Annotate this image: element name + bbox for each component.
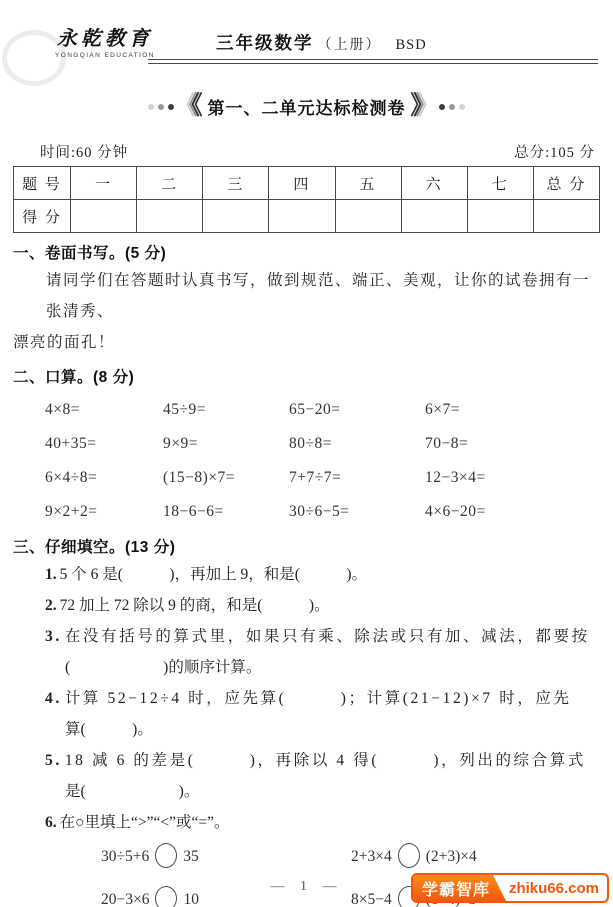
fill-item-6: 6.在○里填上“>”“<”或“=”。: [45, 807, 600, 838]
fill-item-4-cont: 算( )。: [65, 714, 600, 745]
exam-body: 一、卷面书写。(5 分) 请同学们在答题时认真书写，做到规范、端正、美观，让你的…: [13, 243, 600, 907]
time-limit-label: 时间:60 分钟: [40, 141, 128, 162]
course-header: 三年级数学（上册）BSD: [216, 30, 427, 55]
comparison-item: 30÷5+635: [101, 842, 351, 872]
oral-problem: 12−3×4=: [425, 461, 575, 495]
header-double-rule: [148, 59, 598, 64]
fill-item-text: 18 减 6 的差是( )，再除以 4 得( )，列出的综合算式: [65, 752, 586, 769]
fill-item-text: 72 加上 72 除以 9 的商，和是( )。: [60, 597, 330, 614]
publisher-logo-subtitle: YONGQIAN EDUCATION: [55, 52, 155, 59]
fill-item-text: 计算 52−12÷4 时，应先算( )；计算(21−12)×7 时，应先: [65, 690, 572, 707]
section-3-heading: 三、仔细填空。(13 分): [13, 537, 600, 559]
score-col: 四: [269, 167, 335, 200]
deco-dots-right: [439, 104, 465, 110]
score-cell-empty: [269, 200, 335, 233]
deco-dots-left: [148, 104, 174, 110]
fill-item-text: 算( )。: [65, 721, 153, 738]
watermark-badge-name: 学霸智库: [413, 875, 506, 901]
dot-icon: [158, 104, 164, 110]
oral-problem: 70−8=: [425, 427, 575, 461]
answer-circle: [398, 843, 420, 868]
fill-item-text: 在○里填上“>”“<”或“=”。: [60, 814, 230, 831]
score-cell-empty: [203, 200, 269, 233]
deco-bracket-left-icon: 《: [180, 94, 202, 119]
item-number: 5.: [45, 752, 62, 769]
score-cell-empty: [467, 200, 533, 233]
score-cell-empty: [401, 200, 467, 233]
publisher-logo: 永乾教育 YONGQIAN EDUCATION: [55, 22, 155, 59]
score-row: 得 分: [14, 200, 600, 233]
oral-problem: 6×7=: [425, 393, 575, 427]
exam-title-banner: 《 第一、二单元达标检测卷 》: [0, 94, 613, 119]
dot-icon: [439, 104, 445, 110]
score-col: 二: [137, 167, 203, 200]
score-col: 七: [467, 167, 533, 200]
item-number: 6.: [45, 814, 57, 831]
fill-item-text: ( )的顺序计算。: [65, 659, 261, 676]
question-number-row: 题 号 一 二 三 四 五 六 七 总 分: [14, 167, 600, 200]
oral-problem: 45÷9=: [163, 393, 289, 427]
edition-code: BSD: [396, 37, 427, 53]
section-2-heading: 二、口算。(8 分): [13, 367, 600, 389]
oral-problem: 4×8=: [45, 393, 163, 427]
dot-icon: [168, 104, 174, 110]
score-col: 总 分: [533, 167, 599, 200]
dot-icon: [148, 104, 154, 110]
section-1-heading: 一、卷面书写。(5 分): [13, 243, 600, 265]
oral-problem: 4×6−20=: [425, 495, 575, 529]
dot-icon: [449, 104, 455, 110]
course-volume: （上册）: [318, 38, 382, 53]
handwriting-note-line1: 请同学们在答题时认真书写，做到规范、端正、美观，让你的试卷拥有一张清秀、: [13, 265, 600, 327]
publisher-logo-text: 永乾教育: [55, 22, 155, 51]
fill-item-2: 2.72 加上 72 除以 9 的商，和是( )。: [45, 590, 600, 621]
comparison-left: 2+3×4: [351, 848, 392, 865]
oral-problem: 18−6−6=: [163, 495, 289, 529]
oral-problem: 9×2+2=: [45, 495, 163, 529]
oral-problem: 30÷6−5=: [289, 495, 425, 529]
item-number: 1.: [45, 566, 57, 583]
fill-item-5-cont: 是( )。: [65, 776, 600, 807]
score-cell-empty: [137, 200, 203, 233]
oral-problem: 40+35=: [45, 427, 163, 461]
exam-title: 第一、二单元达标检测卷: [208, 94, 406, 119]
comparison-right: 35: [183, 848, 199, 865]
fill-item-text: 5 个 6 是( )，再加上 9，和是( )。: [60, 566, 367, 583]
exam-paper-page: 永乾教育 YONGQIAN EDUCATION 三年级数学（上册）BSD 《 第…: [0, 0, 613, 907]
item-number: 3.: [45, 628, 62, 645]
watermark-badge-site: zhiku66.com: [506, 875, 607, 901]
handwriting-note-line2: 漂亮的面孔！: [13, 327, 600, 358]
dot-icon: [459, 104, 465, 110]
item-number: 4.: [45, 690, 62, 707]
answer-circle: [155, 843, 177, 868]
fill-item-text: 在没有括号的算式里，如果只有乘、除法或只有加、减法，都要按: [65, 628, 590, 645]
score-col: 五: [335, 167, 401, 200]
score-cell-empty: [533, 200, 599, 233]
score-col: 三: [203, 167, 269, 200]
total-score-label: 总分:105 分: [514, 141, 595, 162]
score-cell-empty: [335, 200, 401, 233]
oral-problem: (15−8)×7=: [163, 461, 289, 495]
fill-item-3-cont: ( )的顺序计算。: [65, 652, 600, 683]
score-table: 题 号 一 二 三 四 五 六 七 总 分 得 分: [13, 166, 600, 233]
row-label-score: 得 分: [14, 200, 71, 233]
fill-item-5: 5.18 减 6 的差是( )，再除以 4 得( )，列出的综合算式: [45, 745, 600, 776]
comparison-left: 30÷5+6: [101, 848, 149, 865]
item-number: 2.: [45, 597, 57, 614]
oral-problem: 80÷8=: [289, 427, 425, 461]
oral-problem: 6×4÷8=: [45, 461, 163, 495]
oral-problem: 65−20=: [289, 393, 425, 427]
deco-bracket-right-icon: 》: [411, 94, 433, 119]
row-label-question: 题 号: [14, 167, 71, 200]
watermark-badge: 学霸智库 zhiku66.com: [411, 873, 609, 903]
comparison-right: (2+3)×4: [426, 848, 477, 865]
fill-item-4: 4.计算 52−12÷4 时，应先算( )；计算(21−12)×7 时，应先: [45, 683, 600, 714]
score-col: 六: [401, 167, 467, 200]
oral-problem: 7+7÷7=: [289, 461, 425, 495]
fill-item-text: 是( )。: [65, 783, 199, 800]
oral-problem: 9×9=: [163, 427, 289, 461]
fill-item-1: 1.5 个 6 是( )，再加上 9，和是( )。: [45, 559, 600, 590]
score-col: 一: [71, 167, 137, 200]
score-cell-empty: [71, 200, 137, 233]
course-title: 三年级数学: [216, 33, 314, 53]
comparison-item: 2+3×4(2+3)×4: [351, 842, 600, 872]
fill-item-3: 3.在没有括号的算式里，如果只有乘、除法或只有加、减法，都要按: [45, 621, 600, 652]
oral-calculation-grid: 4×8= 45÷9= 65−20= 6×7= 40+35= 9×9= 80÷8=…: [45, 393, 600, 529]
